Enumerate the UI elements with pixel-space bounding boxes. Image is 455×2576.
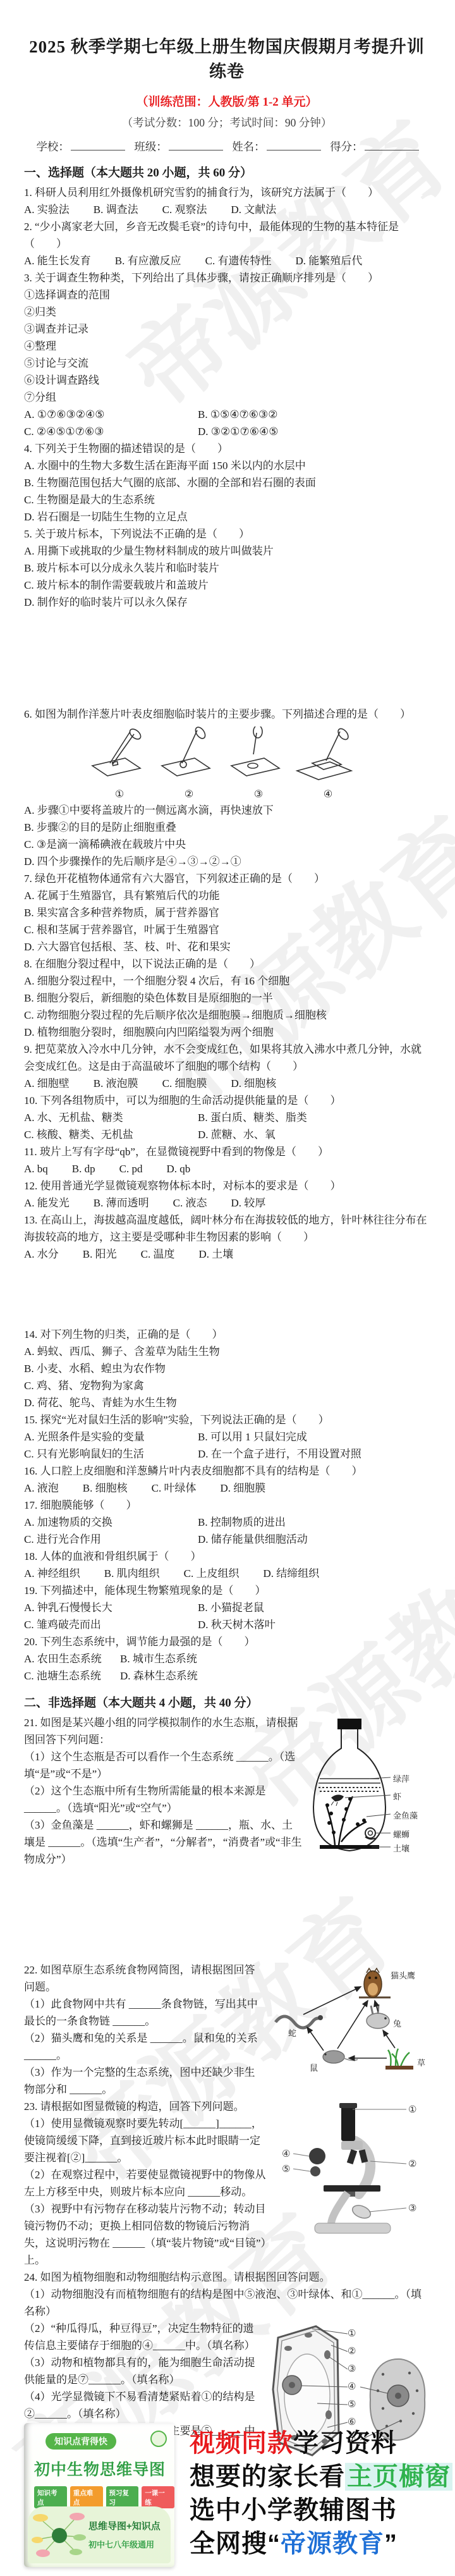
bottle-label-duckweed: 绿萍 [393, 1772, 409, 1784]
mcq-list: 1. 科研人员利用红外摄像机研究雪豹的捕食行为，该研究方法属于（ ）A. 实验法… [24, 184, 430, 1684]
option: C. 动物细胞分裂过程的先后顺序依次是细胞膜→细胞质→细胞核 [24, 1007, 430, 1024]
paper-content: 2025 秋季学期七年级上册生物国庆假期月考提升训练卷 （训练范围：人教版/第 … [0, 0, 455, 2469]
question-15: 15. 探究“光对鼠妇生活的影响”实验，下列说法正确的是（ ）A. 光照条件是实… [24, 1411, 430, 1463]
options: A. 水分B. 阳光C. 温度D. 土壤 [24, 1246, 430, 1263]
question-10: 10. 下列各组物质中，可以为细胞的生命活动提供能量的是（ ）A. 水、无机盐、… [24, 1092, 430, 1143]
section2-heading: 二、非选择题（本大题共 4 小题，共 40 分） [24, 1693, 430, 1710]
book-tag: 知识考点 [34, 2486, 67, 2508]
scope-callout-4: ④ [282, 2148, 290, 2160]
ad-text: 视频同款学习资料 想要的家长看主页橱窗 选中小学教辅图书 全网搜“帝源教育” [174, 2423, 452, 2561]
option: B. 蛋白质、糖类、脂类 [198, 1109, 430, 1126]
options: A. 用撕下或挑取的少量生物材料制成的玻片叫做装片B. 玻片标本可以分成永久装片… [24, 543, 430, 611]
bottle-label-soil: 土壤 [393, 1842, 409, 1854]
ad-line-4: 全网搜“帝源教育” [190, 2527, 452, 2561]
option: A. bq [24, 1160, 48, 1177]
options: A. 水、无机盐、糖类B. 蛋白质、糖类、脂类C. 核酸、糖类、无机盐D. 蔗糖… [24, 1109, 430, 1143]
option: A. 液泡 [24, 1480, 59, 1497]
ad-text-segment: 想要的家长看 [190, 2463, 345, 2491]
options: A. 液泡B. 细胞核C. 叶绿体D. 细胞膜 [24, 1480, 430, 1497]
option: B. 可以用 1 只鼠妇完成 [198, 1428, 430, 1445]
option: C. 观察法 [162, 201, 207, 218]
option: D. 森林生态系统 [120, 1667, 430, 1684]
option: A. 能发光 [24, 1194, 70, 1211]
list-item: ⑦分组 [24, 389, 430, 406]
ad-line-2: 想要的家长看主页橱窗 [190, 2460, 452, 2494]
option: C. 核酸、糖类、无机盐 [24, 1126, 198, 1143]
option: B. 步骤②的目的是防止细胞重叠 [24, 819, 430, 836]
ad-highlight-green: 主页橱窗 [345, 2463, 452, 2491]
option: A. 能生长发育 [24, 252, 91, 269]
option: A. 细胞壁 [24, 1075, 70, 1092]
option: D. 四个步骤操作的先后顺序是④→③→②→① [24, 853, 430, 870]
option: D. 在一个盒子进行，不用设置对照 [198, 1445, 430, 1463]
option: D. 较厚 [231, 1194, 265, 1211]
exam-info: （考试分数：100 分；考试时间：90 分钟） [24, 114, 430, 130]
option: C. 液态 [173, 1194, 207, 1211]
question-11: 11. 玻片上写有字母“qb”，在显微镜视野中看到的物像是（ ）A. bqB. … [24, 1143, 430, 1177]
options: A. 加速物质的交换B. 控制物质的进出C. 进行光合作用D. 储存能量供细胞活… [24, 1514, 430, 1548]
step-label-3: ③ [254, 788, 263, 800]
book-badge: 知识点背得快 [45, 2433, 116, 2450]
option: A. 水、无机盐、糖类 [24, 1109, 198, 1126]
book-subtitle-1: 思维导图+知识点 [88, 2519, 167, 2532]
option: B. 肌肉组织 [104, 1565, 160, 1582]
book-title: 初中生物思维导图 [34, 2457, 174, 2480]
mindmap-doodle-icon [32, 2510, 87, 2560]
question-stem: 1. 科研人员利用红外摄像机研究雪豹的捕食行为，该研究方法属于（ ） [24, 184, 430, 201]
option: C. 叶绿体 [152, 1480, 197, 1497]
list-item: ①选择调查的范围 [24, 286, 430, 304]
list-item: ②归类 [24, 304, 430, 321]
cell-callout-5: ⑤ [348, 2398, 356, 2410]
microscope-figure: ① ② ③ ④ ⑤ [278, 2098, 430, 2248]
q24-intro: 24. 如图为植物细胞和动物细胞结构示意图。请根据图回答问题。 [24, 2269, 430, 2286]
option: B. 细胞核 [83, 1480, 128, 1497]
ad-highlight-red: 视频同款 [190, 2429, 293, 2457]
question-stem: 18. 人体的血液和骨组织属于（ ） [24, 1548, 430, 1565]
page-gap [24, 1263, 430, 1326]
options: A. 细胞壁B. 液泡膜C. 细胞膜D. 细胞核 [24, 1075, 430, 1092]
question-22: 猫头鹰 蛇 兔 鼠 草 22. 如图草原生态系统食物网简图，请根据图回答问题。 … [24, 1961, 430, 2098]
option: D. 储存能量供细胞活动 [198, 1531, 430, 1548]
microscope-art [278, 2098, 430, 2248]
foodweb-label-mouse: 鼠 [310, 2061, 318, 2073]
option: D. 荷花、鸵鸟、青蛙为水生生物 [24, 1394, 430, 1411]
ad-line-3: 选中小学教辅图书 [190, 2494, 452, 2527]
cell-callout-1: ① [348, 2328, 356, 2340]
option: C. ③是滴一滴稀碘液在载玻片中央 [24, 836, 430, 853]
scope-callout-3: ③ [408, 2202, 416, 2214]
option: D. 结缔组织 [263, 1565, 319, 1582]
option: B. 控制物质的进出 [198, 1514, 430, 1531]
exam-paper: 帝源教育 帝源教育 帝源教育 帝源教育 帝源教育 2025 秋季学期七年级上册生… [0, 0, 455, 2576]
cell-callout-4: ④ [348, 2381, 356, 2393]
bottle-label-pondweed: 金鱼藻 [393, 1809, 418, 1821]
slide-step-labels: ① ② ③ ④ [85, 788, 363, 800]
option: C. ②④⑤①⑦⑥③ [24, 423, 198, 440]
option: C. 鸡、猪、宠物狗为家禽 [24, 1377, 430, 1394]
option: A. 水分 [24, 1246, 59, 1263]
option: C. 生物圈是最大的生态系统 [24, 491, 430, 508]
list-item: ⑤讨论与交流 [24, 355, 430, 372]
question-8: 8. 在细胞分裂过程中，以下说法正确的是（ ）A. 细胞分裂过程中，一个细胞分裂… [24, 955, 430, 1041]
list-item: ④整理 [24, 338, 430, 355]
foodweb-label-grass: 草 [417, 2056, 425, 2068]
option: A. 花属于生殖器官，具有繁殖后代的功能 [24, 887, 430, 904]
options: A. ①⑦⑥③②④⑤B. ①⑤④⑦⑥③②C. ②④⑤①⑦⑥③D. ③②①⑦⑥④⑤ [24, 406, 430, 440]
option: A. 蚂蚁、西瓜、狮子、含羞草为陆生生物 [24, 1343, 430, 1360]
option: B. 果实富含多种营养物质，属于营养器官 [24, 904, 430, 921]
question-14: 14. 对下列生物的归类，正确的是（ ）A. 蚂蚁、西瓜、狮子、含羞草为陆生生物… [24, 1326, 430, 1411]
option: D. 蔗糖、水、氧 [198, 1126, 430, 1143]
options: A. 细胞分裂过程中，一个细胞分裂 4 次后，有 16 个细胞B. 细胞分裂后，… [24, 972, 430, 1041]
option: B. 细胞分裂后，新细胞的染色体数目是原细胞的一半 [24, 990, 430, 1007]
ad-text-segment: 全网搜“ [190, 2530, 281, 2558]
scope-callout-5: ⑤ [282, 2163, 290, 2175]
ad-text-segment: 学习资料 [293, 2429, 397, 2457]
school-label: 学校： [36, 140, 70, 153]
option: D. 六大器官包括根、茎、枝、叶、花和果实 [24, 938, 430, 955]
page-gap [24, 611, 430, 706]
option: C. 只有光影响鼠妇的生活 [24, 1445, 198, 1463]
class-label: 班级： [134, 140, 167, 153]
ad-brand-blue: 帝源教育 [281, 2530, 384, 2558]
bottle-label-snail: 螺蛳 [393, 1828, 409, 1840]
options: A. 光照条件是实验的变量B. 可以用 1 只鼠妇完成C. 只有光影响鼠妇的生活… [24, 1428, 430, 1463]
question-stem: 6. 如图为制作洋葱片叶表皮细胞临时装片的主要步骤。下列描述合理的是（ ） [24, 706, 430, 723]
option: D. 岩石圈是一切陆生生物的立足点 [24, 508, 430, 525]
option: B. 生物圈范围包括大气圈的底部、水圈的全部和岩石圈的表面 [24, 474, 430, 491]
question-stem: 4. 下列关于生物圈的描述错误的是（ ） [24, 440, 430, 457]
option: D. 细胞膜 [220, 1480, 265, 1497]
option: A. 加速物质的交换 [24, 1514, 198, 1531]
question-12: 12. 使用普通光学显微镜观察物体标本时，对标本的要求是（ ）A. 能发光B. … [24, 1177, 430, 1211]
option: A. 用撕下或挑取的少量生物材料制成的玻片叫做装片 [24, 543, 430, 560]
section1-heading: 一、选择题（本大题共 20 小题，共 60 分） [24, 163, 430, 180]
options: A. 神经组织B. 肌肉组织C. 上皮组织D. 结缔组织 [24, 1565, 430, 1582]
options: A. 能生长发育B. 有应激反应C. 有遗传特性D. 能繁殖后代 [24, 252, 430, 269]
name-label: 姓名： [232, 140, 265, 153]
option: D. 制作好的临时装片可以永久保存 [24, 594, 430, 611]
footer-ad: 知识点背得快 初中生物思维导图 知识考点 重点难点 预习复习 一课一练 [24, 2423, 442, 2567]
option: B. 液泡膜 [94, 1075, 138, 1092]
scope-callout-1: ① [408, 2104, 416, 2116]
class-blank[interactable] [169, 140, 223, 150]
training-scope: （训练范围：人教版/第 1-2 单元） [24, 92, 430, 109]
option: A. 细胞分裂过程中，一个细胞分裂 4 次后，有 16 个细胞 [24, 972, 430, 990]
options: A. 农田生态系统B. 城市生态系统C. 池塘生态系统D. 森林生态系统 [24, 1650, 430, 1684]
book-subtitle-2: 初中七八年级通用 [88, 2538, 167, 2550]
option: D. 秋天树木落叶 [198, 1616, 430, 1633]
question-23: ① ② ③ ④ ⑤ 23. 请根据如图显微镜的构造，回答下列问题。 （1）使用显… [24, 2098, 430, 2269]
scope-callout-2: ② [408, 2158, 416, 2170]
option: A. 步骤①中要将盖玻片的一侧远离水滴，再快速放下 [24, 802, 430, 819]
question-stem: 5. 关于玻片标本，下列说法不正确的是（ ） [24, 525, 430, 543]
page-gap [24, 1868, 430, 1961]
student-fields: 学校： 班级： 姓名： 得分： [24, 138, 430, 154]
foodweb-label-owl: 猫头鹰 [391, 1969, 415, 1981]
bottle-label-shrimp: 虾 [393, 1790, 401, 1802]
page-title: 2025 秋季学期七年级上册生物国庆假期月考提升训练卷 [24, 0, 430, 82]
question-3: 3. 关于调查生物种类，下列给出了具体步骤，请按正确顺序排列是（ ）①选择调查的… [24, 269, 430, 440]
option: D. 植物细胞分裂时，细胞膜向内凹陷缢裂为两个细胞 [24, 1024, 430, 1041]
option: A. ①⑦⑥③②④⑤ [24, 406, 198, 423]
option: B. 小猫捉老鼠 [198, 1599, 430, 1616]
question-17: 17. 细胞膜能够（ ）A. 加速物质的交换B. 控制物质的进出C. 进行光合作… [24, 1497, 430, 1548]
option: C. pd [119, 1160, 143, 1177]
question-19: 19. 下列描述中，能体现生物繁殖现象的是（ ）A. 钟乳石慢慢长大B. 小猫捉… [24, 1582, 430, 1633]
option: C. 有遗传特性 [205, 252, 272, 269]
option: D. 能繁殖后代 [295, 252, 362, 269]
question-4: 4. 下列关于生物圈的描述错误的是（ ）A. 水圈中的生物大多数生活在距海平面 … [24, 440, 430, 525]
option: A. 光照条件是实验的变量 [24, 1428, 198, 1445]
option: B. 阳光 [83, 1246, 117, 1263]
foodweb-label-snake: 蛇 [288, 2027, 296, 2039]
foodweb-label-rabbit: 兔 [393, 2017, 401, 2029]
school-blank[interactable] [71, 140, 125, 150]
eco-bottle-figure: 绿萍 虾 金鱼藻 螺蛳 土壤 [308, 1715, 430, 1866]
question-stem: 16. 人口腔上皮细胞和洋葱鳞片叶内表皮细胞都不具有的结构是（ ） [24, 1463, 430, 1480]
options: A. 花属于生殖器官，具有繁殖后代的功能B. 果实富含多种营养物质，属于营养器官… [24, 887, 430, 955]
ad-text-segment: 选中小学教辅图书 [190, 2496, 397, 2524]
question-16: 16. 人口腔上皮细胞和洋葱鳞片叶内表皮细胞都不具有的结构是（ ）A. 液泡B.… [24, 1463, 430, 1497]
question-21: 绿萍 虾 金鱼藻 螺蛳 土壤 21. 如图是某兴趣小组的同学模拟制作的水生态瓶，… [24, 1714, 430, 1868]
question-stem: 7. 绿色开花植物体通常有六大器官，下列叙述正确的是（ ） [24, 870, 430, 887]
option: C. 细胞膜 [162, 1075, 207, 1092]
score-blank[interactable] [365, 140, 419, 150]
question-1: 1. 科研人员利用红外摄像机研究雪豹的捕食行为，该研究方法属于（ ）A. 实验法… [24, 184, 430, 218]
book-tag: 一课一练 [142, 2486, 174, 2508]
option: C. 温度 [141, 1246, 175, 1263]
option: B. 玻片标本可以分成永久装片和临时装片 [24, 560, 430, 577]
option: A. 水圈中的生物大多数生活在距海平面 150 米以内的水层中 [24, 457, 430, 474]
list-item: ⑥设计调查路线 [24, 372, 430, 389]
question-18: 18. 人体的血液和骨组织属于（ ）A. 神经组织B. 肌肉组织C. 上皮组织D… [24, 1548, 430, 1582]
eco-bottle-art [308, 1715, 430, 1866]
option: B. 调查法 [94, 201, 138, 218]
cell-callout-3: ③ [348, 2363, 356, 2375]
options: A. bqB. dpC. pdD. qb [24, 1160, 430, 1177]
book-cover-bottom: 思维导图+知识点 初中七八年级通用 [28, 2506, 171, 2563]
options: A. 水圈中的生物大多数生活在距海平面 150 米以内的水层中B. 生物圈范围包… [24, 457, 430, 525]
question-9: 9. 把苋菜放入冷水中几分钟，水不会变成红色，如果将其放入沸水中煮几分钟，水就会… [24, 1041, 430, 1092]
question-stem: 17. 细胞膜能够（ ） [24, 1497, 430, 1514]
option: C. 根和茎属于营养器官，叶属于生殖器官 [24, 921, 430, 938]
name-blank[interactable] [267, 140, 321, 150]
option: D. 细胞核 [231, 1075, 276, 1092]
option: C. 玻片标本的制作需要载玻片和盖玻片 [24, 577, 430, 594]
options: A. 蚂蚁、西瓜、狮子、含羞草为陆生生物B. 小麦、水稻、蝗虫为农作物C. 鸡、… [24, 1343, 430, 1411]
option: A. 神经组织 [24, 1565, 80, 1582]
option: A. 实验法 [24, 201, 70, 218]
option: C. 进行光合作用 [24, 1531, 198, 1548]
food-web-figure: 猫头鹰 蛇 兔 鼠 草 [267, 1961, 430, 2088]
option: B. 有应激反应 [115, 252, 181, 269]
option: D. 文献法 [231, 201, 276, 218]
question-5: 5. 关于玻片标本，下列说法不正确的是（ ）A. 用撕下或挑取的少量生物材料制成… [24, 525, 430, 611]
publisher-logo-icon [150, 2431, 167, 2447]
slide-steps-art [85, 727, 363, 785]
question-20: 20. 下列生态系统中，调节能力最强的是（ ）A. 农田生态系统B. 城市生态系… [24, 1633, 430, 1684]
option: C. 上皮组织 [184, 1565, 240, 1582]
cell-callout-2: ② [348, 2345, 356, 2357]
question-6: 6. 如图为制作洋葱片叶表皮细胞临时装片的主要步骤。下列描述合理的是（ ） [24, 706, 430, 870]
question-stem: 2. “少小离家老大回，乡音无改鬓毛衰”的诗句中，最能体现的生物的基本特征是（ … [24, 218, 430, 252]
option: B. ①⑤④⑦⑥③② [198, 406, 430, 423]
step-label-2: ② [185, 788, 193, 800]
question-stem: 20. 下列生态系统中，调节能力最强的是（ ） [24, 1633, 430, 1650]
step-label-4: ④ [324, 788, 332, 800]
option: A. 农田生态系统 [24, 1650, 120, 1667]
option: B. 薄而透明 [94, 1194, 149, 1211]
q24-part-1: （1）动物细胞没有而植物细胞有的结构是图中⑤液泡、③叶绿体、和①______。（… [24, 2286, 430, 2320]
question-stem: 9. 把苋菜放入冷水中几分钟，水不会变成红色，如果将其放入沸水中煮几分钟，水就会… [24, 1041, 430, 1075]
option: C. 雏鸡破壳而出 [24, 1616, 198, 1633]
option: B. dp [72, 1160, 95, 1177]
question-stem: 14. 对下列生物的归类，正确的是（ ） [24, 1326, 430, 1343]
question-13: 13. 在高山上，海拔越高温度越低，阔叶林分布在海拔较低的地方，针叶林往往分布在… [24, 1211, 430, 1263]
option: B. 城市生态系统 [120, 1650, 430, 1667]
score-label: 得分： [330, 140, 363, 153]
option: D. 土壤 [198, 1246, 233, 1263]
options: A. 步骤①中要将盖玻片的一侧远离水滴，再快速放下B. 步骤②的目的是防止细胞重… [24, 802, 430, 870]
slide-steps-figure: ① ② ③ ④ [85, 727, 369, 800]
ad-line-1: 视频同款学习资料 [190, 2427, 452, 2460]
book-tag: 重点难点 [70, 2486, 103, 2508]
question-stem: 8. 在细胞分裂过程中，以下说法正确的是（ ） [24, 955, 430, 972]
option: C. 池塘生态系统 [24, 1667, 120, 1684]
step-label-1: ① [115, 788, 124, 800]
question-stem: 10. 下列各组物质中，可以为细胞的生命活动提供能量的是（ ） [24, 1092, 430, 1109]
question-stem: 11. 玻片上写有字母“qb”，在显微镜视野中看到的物像是（ ） [24, 1143, 430, 1160]
option: D. ③②①⑦⑥④⑤ [198, 423, 430, 440]
question-stem: 3. 关于调查生物种类，下列给出了具体步骤，请按正确顺序排列是（ ） [24, 269, 430, 286]
options: A. 能发光B. 薄而透明C. 液态D. 较厚 [24, 1194, 430, 1211]
question-stem: 15. 探究“光对鼠妇生活的影响”实验，下列说法正确的是（ ） [24, 1411, 430, 1428]
question-stem: 19. 下列描述中，能体现生物繁殖现象的是（ ） [24, 1582, 430, 1599]
question-stem: 13. 在高山上，海拔越高温度越低，阔叶林分布在海拔较低的地方，针叶林往往分布在… [24, 1211, 430, 1246]
ad-text-segment: ” [384, 2530, 397, 2558]
option: D. qb [166, 1160, 190, 1177]
option: B. 小麦、水稻、蝗虫为农作物 [24, 1360, 430, 1377]
options: A. 钟乳石慢慢长大B. 小猫捉老鼠C. 雏鸡破壳而出D. 秋天树木落叶 [24, 1599, 430, 1633]
question-7: 7. 绿色开花植物体通常有六大器官，下列叙述正确的是（ ）A. 花属于生殖器官，… [24, 870, 430, 955]
option: A. 钟乳石慢慢长大 [24, 1599, 198, 1616]
question-2: 2. “少小离家老大回，乡音无改鬓毛衰”的诗句中，最能体现的生物的基本特征是（ … [24, 218, 430, 269]
question-stem: 12. 使用普通光学显微镜观察物体标本时，对标本的要求是（ ） [24, 1177, 430, 1194]
book-tags: 知识考点 重点难点 预习复习 一课一练 [34, 2486, 174, 2508]
list-item: ③调查并记录 [24, 321, 430, 338]
book-cover[interactable]: 知识点背得快 初中生物思维导图 知识考点 重点难点 预习复习 一课一练 [24, 2423, 174, 2567]
book-tag: 预习复习 [106, 2486, 139, 2508]
options: A. 实验法B. 调查法C. 观察法D. 文献法 [24, 201, 430, 218]
